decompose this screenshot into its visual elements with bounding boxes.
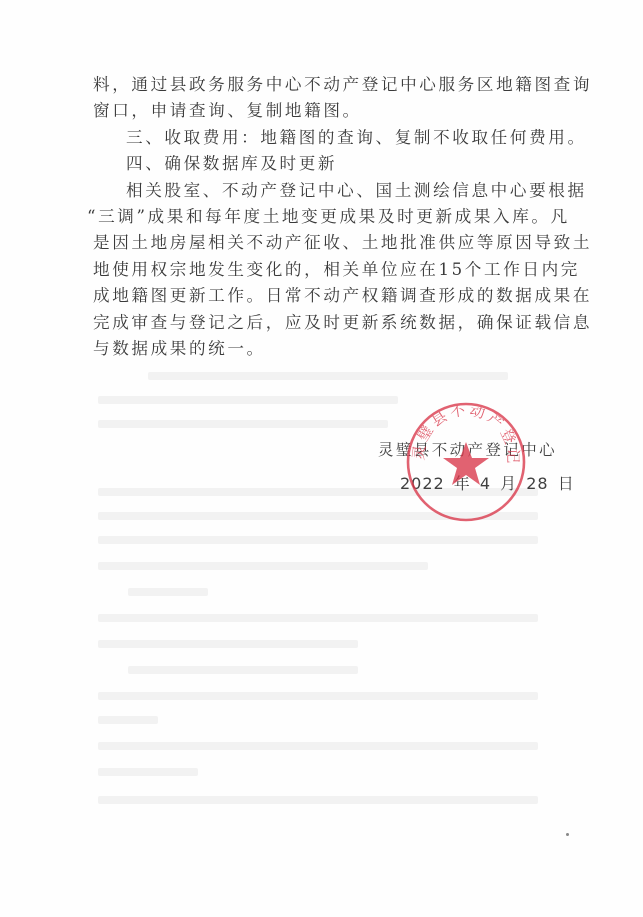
scan-speck [566,833,569,836]
text-line: 完成审查与登记之后，应及时更新系统数据，确保证载信息 [93,310,563,336]
text-line: 窗口，申请查询、复制地籍图。 [93,98,563,124]
section-heading-database-update: 四、确保数据库及时更新 [93,151,563,177]
text-line: 成地籍图更新工作。日常不动产权籍调查形成的数据成果在 [93,283,563,309]
section-heading-fees: 三、收取费用：地籍图的查询、复制不收取任何费用。 [93,125,563,151]
text-line: “三调”成果和每年度土地变更成果及时更新成果入库。凡 [87,204,563,230]
document-body: 料，通过县政务服务中心不动产登记中心服务区地籍图查询 窗口，申请查询、复制地籍图… [93,72,563,362]
document-page: 料，通过县政务服务中心不动产登记中心服务区地籍图查询 窗口，申请查询、复制地籍图… [0,0,643,917]
text-line: 相关股室、不动产登记中心、国土测绘信息中心要根据 [93,178,563,204]
text-line: 地使用权宗地发生变化的，相关单位应在15个工作日内完 [93,257,563,283]
text-line: 料，通过县政务服务中心不动产登记中心服务区地籍图查询 [93,72,563,98]
official-seal-stamp-icon: 灵璧县不动产登记中心 [404,400,528,524]
text-line: 与数据成果的统一。 [93,336,563,362]
text-line: 是因土地房屋相关不动产征收、土地批准供应等原因导致土 [93,230,563,256]
